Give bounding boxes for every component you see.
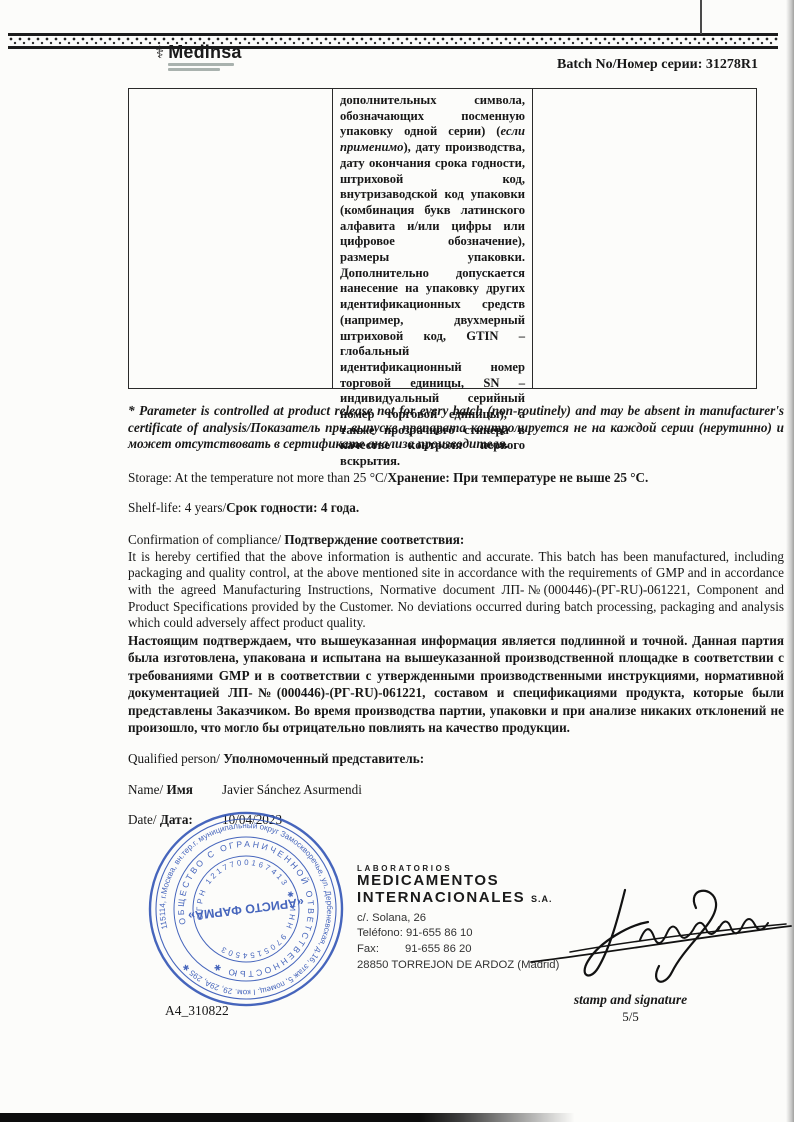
form-code: A4_310822 bbox=[165, 1003, 229, 1019]
compliance-heading: Confirmation of compliance/ Подтверждени… bbox=[128, 532, 784, 549]
batch-number-line: Batch No/Номер серии: 31278R1 bbox=[557, 57, 758, 73]
page-number: 5/5 bbox=[538, 1009, 723, 1025]
stamp-signature-caption: stamp and signature bbox=[538, 992, 723, 1008]
name-label: Name/ Имя bbox=[128, 782, 222, 799]
qp-label-en: Qualified person/ bbox=[128, 751, 223, 766]
scan-edge-bottom bbox=[0, 1113, 575, 1122]
qp-label-ru: Уполномоченный представитель: bbox=[223, 751, 424, 766]
signature bbox=[528, 878, 794, 998]
medinsa-logo: ⚕ Medinsa bbox=[155, 44, 242, 71]
name-row: Name/ ИмяJavier Sánchez Asurmendi bbox=[128, 782, 784, 799]
shelf-life-line: Shelf-life: 4 years/Срок годности: 4 год… bbox=[128, 500, 784, 517]
document-body: * Parameter is controlled at product rel… bbox=[128, 403, 784, 841]
cell-text-part1: дополнительных символа, обозначающих пос… bbox=[340, 93, 525, 138]
table-cell-right-empty bbox=[533, 89, 756, 388]
scanned-certificate-page: ⚕ Medinsa Batch No/Номер серии: 31278R1 … bbox=[0, 0, 794, 1122]
scan-line-artifact bbox=[700, 0, 702, 34]
scan-border-band bbox=[8, 33, 778, 49]
compliance-body-russian: Настоящим подтверждаем, что вышеуказанна… bbox=[128, 632, 784, 737]
shelf-life-en: Shelf-life: 4 years/ bbox=[128, 500, 226, 515]
storage-ru: Хранение: При температуре не выше 25 °C. bbox=[387, 470, 648, 485]
storage-en: Storage: At the temperature not more tha… bbox=[128, 470, 387, 485]
table-cell-left-empty bbox=[129, 89, 332, 388]
compliance-body-english: It is hereby certified that the above in… bbox=[128, 549, 784, 632]
specification-table: дополнительных символа, обозначающих пос… bbox=[128, 88, 757, 389]
compliance-heading-en: Confirmation of compliance/ bbox=[128, 532, 284, 547]
logo-tagline bbox=[168, 63, 241, 71]
medinsa-logo-icon: ⚕ bbox=[155, 44, 164, 61]
compliance-heading-ru: Подтверждение соответствия: bbox=[284, 532, 464, 547]
storage-line: Storage: At the temperature not more tha… bbox=[128, 470, 784, 487]
qualified-person-line: Qualified person/ Уполномоченный предста… bbox=[128, 751, 784, 768]
footnote-parameter: * Parameter is controlled at product rel… bbox=[128, 403, 784, 453]
medinsa-logo-text: Medinsa bbox=[168, 44, 241, 61]
shelf-life-ru: Срок годности: 4 года. bbox=[226, 500, 359, 515]
table-cell-requirements-text: дополнительных символа, обозначающих пос… bbox=[332, 89, 533, 388]
